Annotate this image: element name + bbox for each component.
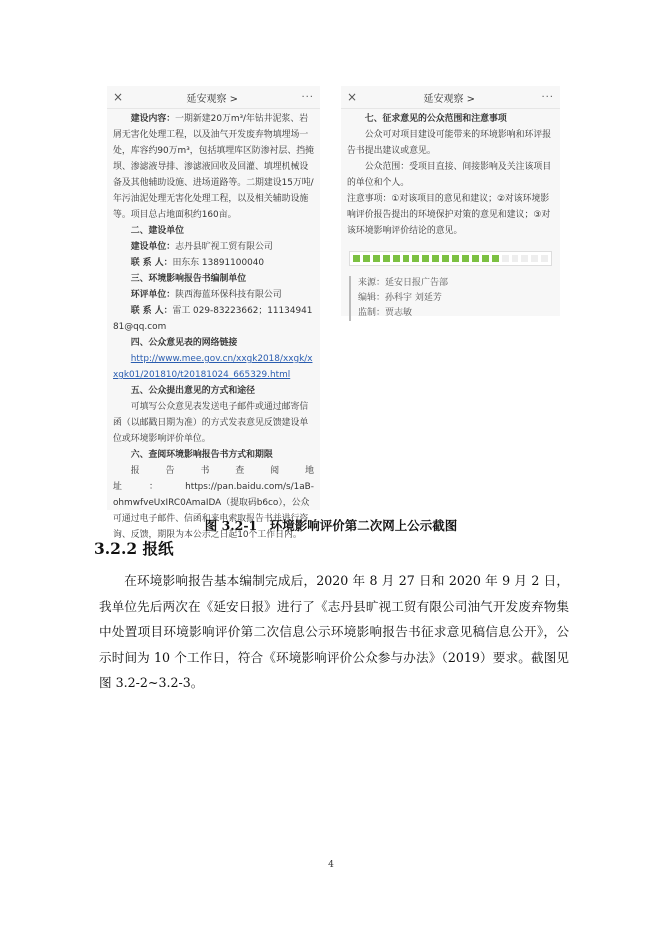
- progress-segment: [531, 255, 538, 262]
- paragraph: 在环境影响报告基本编制完成后，2020 年 8 月 27 日和 2020 年 9…: [99, 568, 569, 696]
- section-heading: 五、公众提出意见的方式和途径: [113, 383, 314, 399]
- navbar: × 延安观察 > ···: [341, 86, 560, 109]
- progress-segment: [502, 255, 509, 262]
- progress-segment: [373, 255, 380, 262]
- spread-line: 报 告 书 查 阅 地: [113, 463, 314, 479]
- progress-segment: [383, 255, 390, 262]
- source-block: 来源：延安日报广告部 编辑：孙科宇 刘延芳 监制：贾志敏: [349, 276, 552, 321]
- char: 报: [131, 463, 140, 479]
- section-heading: 二、建设单位: [113, 223, 314, 239]
- section-heading: 四、公众意见表的网络链接: [113, 335, 314, 351]
- colon: ：: [149, 479, 158, 495]
- more-icon[interactable]: ···: [541, 92, 554, 103]
- eia-unit-line: 环评单位：陕西海蓝环保科技有限公司: [113, 287, 314, 303]
- right-screenshot: × 延安观察 > ··· 七、征求意见的公众范围和注意事项 公众可对项目建设可能…: [341, 86, 560, 316]
- progress-segment: [403, 255, 410, 262]
- construction-content: 建设内容：一期新建20万m³/年钻井泥浆、岩屑无害化处理工程，以及油气开发废弃物…: [113, 111, 314, 223]
- progress-segment: [393, 255, 400, 262]
- label: 联 系 人：: [131, 306, 173, 316]
- char: 书: [201, 463, 210, 479]
- section-heading: 三、环境影响报告书编制单位: [113, 271, 314, 287]
- value: 志丹县旷视工贸有限公司: [175, 242, 273, 252]
- progress-segment: [492, 255, 499, 262]
- progress-segment: [412, 255, 419, 262]
- editor-line: 编辑：孙科宇 刘延芳: [358, 291, 552, 306]
- article-content: 七、征求意见的公众范围和注意事项 公众可对项目建设可能带来的环境影响和环评报告书…: [341, 109, 560, 239]
- form-link-line: http://www.mee.gov.cn/xxgk2018/xxgk/xxgk…: [113, 351, 314, 383]
- progress-bar: [349, 251, 552, 266]
- progress-segment: [422, 255, 429, 262]
- value: 田东东 13891100040: [172, 258, 264, 268]
- section-heading: 3.2.2 报纸: [94, 537, 174, 559]
- address-line: 址 ： https://pan.baidu.com/s/1aB-: [113, 479, 314, 495]
- section-heading: 六、查阅环境影响报告书方式和期限: [113, 447, 314, 463]
- label: 建设内容：: [131, 114, 175, 124]
- left-screenshot: × 延安观察 > ··· 建设内容：一期新建20万m³/年钻井泥浆、岩屑无害化处…: [107, 86, 320, 510]
- source-line: 来源：延安日报广告部: [358, 276, 552, 291]
- paragraph: 公众范围：受项目直接、间接影响及关注该项目的单位和个人。: [347, 159, 554, 191]
- builder-line: 建设单位：志丹县旷视工贸有限公司: [113, 239, 314, 255]
- supervisor-line: 监制：贾志敏: [358, 306, 552, 321]
- label: 环评单位：: [131, 290, 175, 300]
- figure-caption: 图 3.2-1 环境影响评价第二次网上公示截图: [0, 516, 662, 534]
- text: 一期新建20万m³/年钻井泥浆、岩屑无害化处理工程，以及油气开发废弃物填埋场一处…: [113, 114, 314, 220]
- progress-segment: [462, 255, 469, 262]
- paragraph: 可填写公众意见表发送电子邮件或通过邮寄信函（以邮戳日期为准）的方式发表意见反馈建…: [113, 399, 314, 447]
- contact-line: 联 系 人：雷工 029-83223662；1113494181@qq.com: [113, 303, 314, 335]
- section-heading: 七、征求意见的公众范围和注意事项: [347, 111, 554, 127]
- page-number: 4: [0, 860, 662, 870]
- close-icon[interactable]: ×: [113, 90, 123, 104]
- char: 查: [235, 463, 244, 479]
- label: 联 系 人：: [131, 258, 173, 268]
- progress-segment: [353, 255, 360, 262]
- progress-segment: [482, 255, 489, 262]
- progress-segment: [472, 255, 479, 262]
- close-icon[interactable]: ×: [347, 90, 357, 104]
- navbar: × 延安观察 > ···: [107, 86, 320, 109]
- label: 建设单位：: [131, 242, 175, 252]
- more-icon[interactable]: ···: [301, 92, 314, 103]
- progress-segment: [512, 255, 519, 262]
- navbar-title[interactable]: 延安观察 >: [423, 90, 475, 105]
- label: 址: [113, 479, 122, 495]
- progress-segment: [521, 255, 528, 262]
- char: 地: [305, 463, 314, 479]
- paragraph: 注意事项：①对该项目的意见和建议；②对该环境影响评价报告提出的环境保护对策的意见…: [347, 191, 554, 239]
- value: 陕西海蓝环保科技有限公司: [175, 290, 282, 300]
- body-text: 在环境影响报告基本编制完成后，2020 年 8 月 27 日和 2020 年 9…: [99, 568, 569, 696]
- char: 阅: [270, 463, 279, 479]
- navbar-title[interactable]: 延安观察 >: [186, 90, 238, 105]
- progress-segment: [442, 255, 449, 262]
- progress-segment: [363, 255, 370, 262]
- progress-segment: [452, 255, 459, 262]
- contact-line: 联 系 人：田东东 13891100040: [113, 255, 314, 271]
- article-content: 建设内容：一期新建20万m³/年钻井泥浆、岩屑无害化处理工程，以及油气开发废弃物…: [107, 109, 320, 543]
- url: https://pan.baidu.com/s/1aB-: [185, 479, 314, 495]
- form-link[interactable]: http://www.mee.gov.cn/xxgk2018/xxgk/xxgk…: [113, 354, 312, 380]
- progress-segment: [541, 255, 548, 262]
- progress-segment: [432, 255, 439, 262]
- char: 告: [166, 463, 175, 479]
- paragraph: 公众可对项目建设可能带来的环境影响和环评报告书提出建议或意见。: [347, 127, 554, 159]
